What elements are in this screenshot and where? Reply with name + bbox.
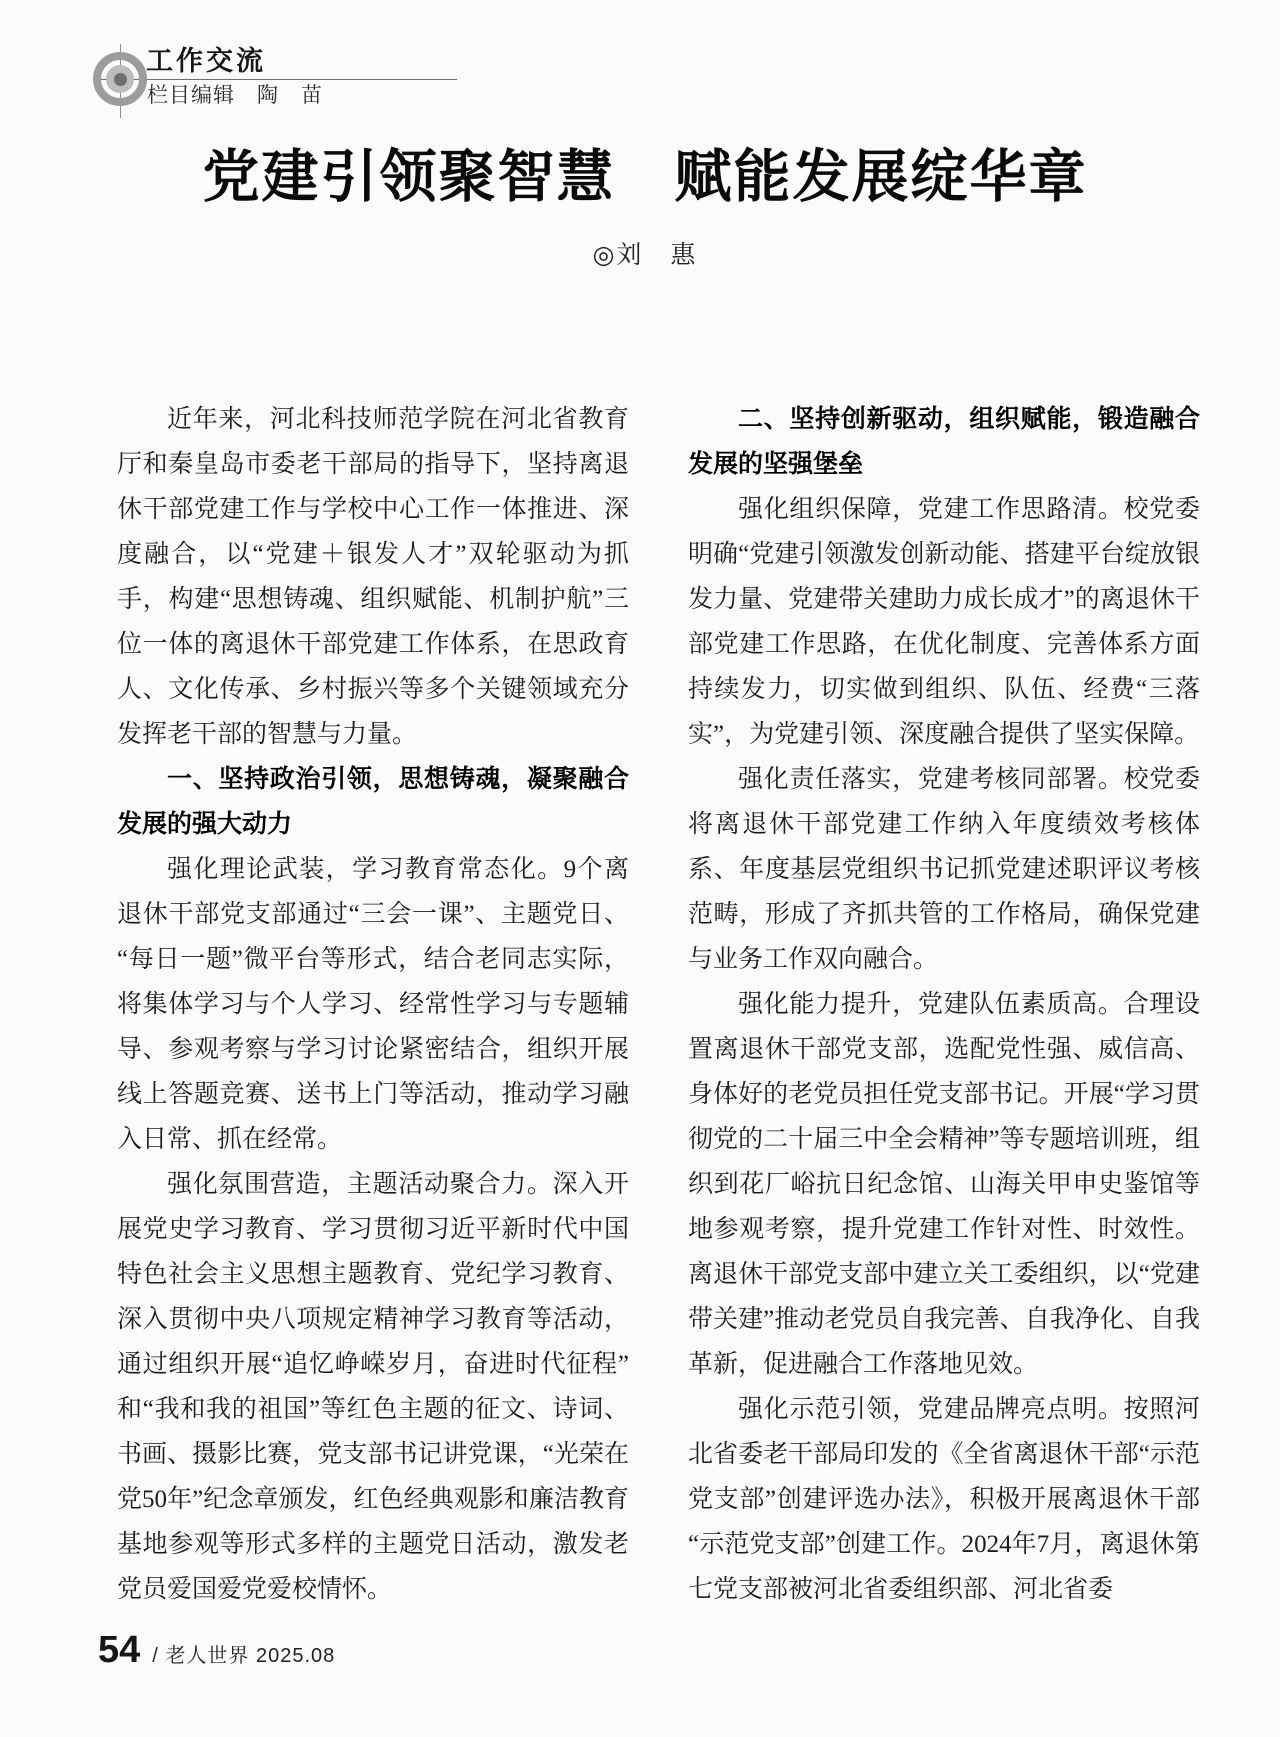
bullseye-target-icon bbox=[93, 52, 147, 106]
section-title: 工作交流 bbox=[146, 45, 266, 77]
masthead-horizontal-rule bbox=[93, 79, 457, 80]
paragraph-demonstration: 强化示范引领，党建品牌亮点明。按照河北省委老干部局印发的《全省离退休干部“示范党… bbox=[688, 1387, 1200, 1612]
paragraph-theory: 强化理论武装，学习教育常态化。9个离退休干部党支部通过“三会一课”、主题党日、“… bbox=[117, 847, 629, 1162]
masthead: 工作交流 栏目编辑 陶 苗 bbox=[0, 0, 520, 130]
journal-name-and-issue: / 老人世界 2025.08 bbox=[152, 1639, 335, 1668]
page-footer: 54 / 老人世界 2025.08 bbox=[98, 1630, 335, 1670]
paragraph-intro: 近年来，河北科技师范学院在河北省教育厅和秦皇岛市委老干部局的指导下，坚持离退休干… bbox=[117, 397, 629, 757]
column-editor-credit: 栏目编辑 陶 苗 bbox=[147, 84, 323, 108]
article-title: 党建引领聚智慧 赋能发展绽华章 bbox=[100, 144, 1190, 210]
paragraph-atmosphere: 强化氛围营造，主题活动聚合力。深入开展党史学习教育、学习贯彻习近平新时代中国特色… bbox=[117, 1162, 629, 1612]
paragraph-responsibility: 强化责任落实，党建考核同部署。校党委将离退休干部党建工作纳入年度绩效考核体系、年… bbox=[688, 757, 1200, 982]
magazine-page: { "colors": { "background": "#fbfbfa", "… bbox=[0, 0, 1280, 1737]
paragraph-capability: 强化能力提升，党建队伍素质高。合理设置离退休干部党支部，选配党性强、威信高、身体… bbox=[688, 982, 1200, 1387]
page-number: 54 bbox=[98, 1630, 140, 1670]
bullseye-center-dot bbox=[114, 73, 127, 86]
paragraph-organization: 强化组织保障，党建工作思路清。校党委明确“党建引领激发创新动能、搭建平台绽放银发… bbox=[688, 487, 1200, 757]
bullseye-middle-ring bbox=[106, 65, 134, 93]
section-heading-1: 一、坚持政治引领，思想铸魂，凝聚融合发展的强大动力 bbox=[117, 757, 629, 847]
article-author: ◎刘 惠 bbox=[100, 240, 1190, 272]
right-column: 二、坚持创新驱动，组织赋能，锻造融合发展的坚强堡垒 强化组织保障，党建工作思路清… bbox=[688, 397, 1200, 1612]
left-column: 近年来，河北科技师范学院在河北省教育厅和秦皇岛市委老干部局的指导下，坚持离退休干… bbox=[117, 397, 629, 1612]
section-heading-2: 二、坚持创新驱动，组织赋能，锻造融合发展的坚强堡垒 bbox=[688, 397, 1200, 487]
